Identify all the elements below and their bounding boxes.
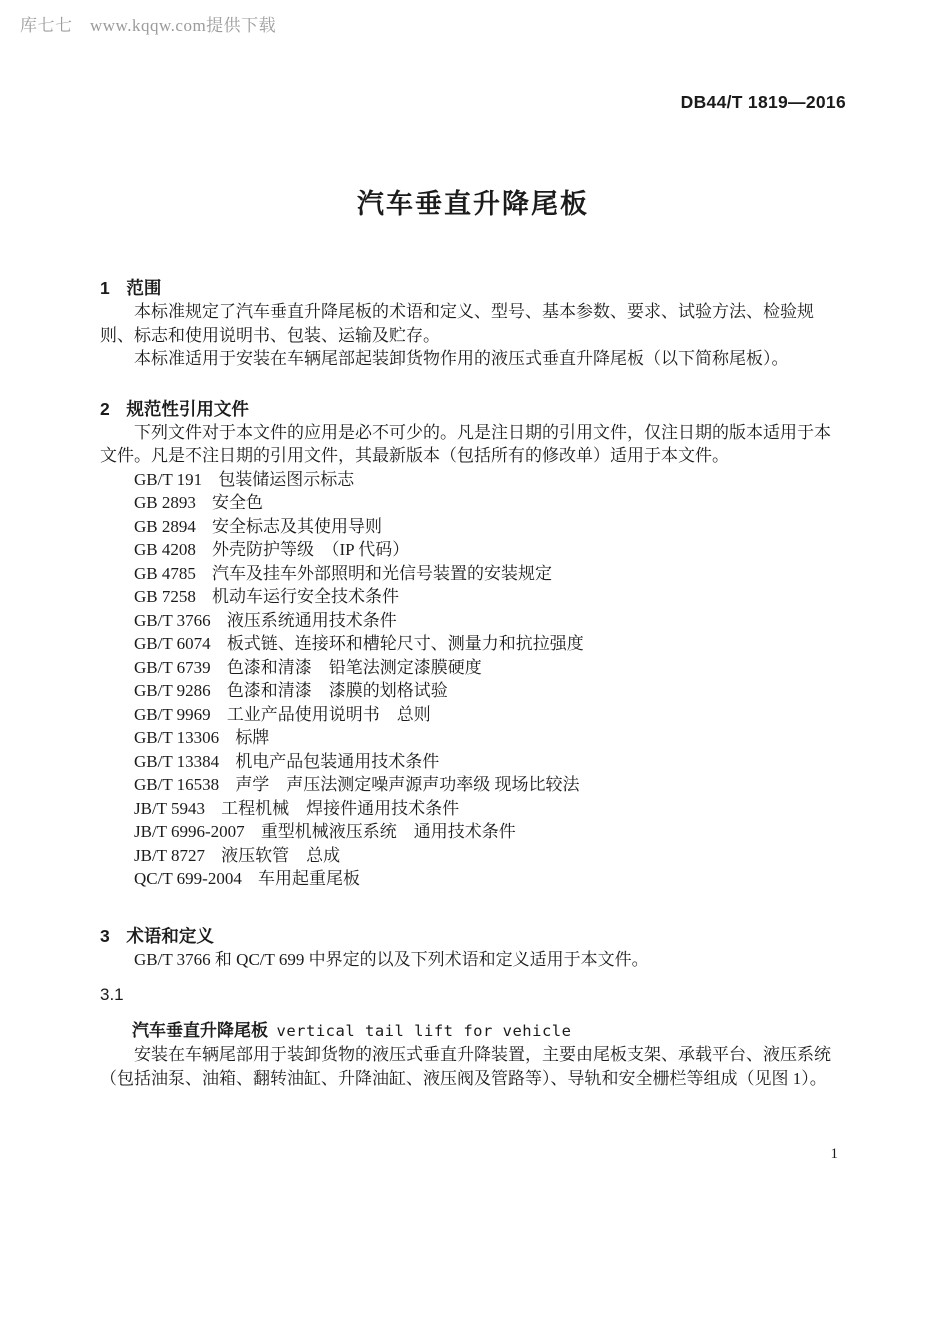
reference-item: GB/T 16538声学 声压法测定噪声源声功率级 现场比较法 bbox=[100, 773, 846, 797]
reference-code: GB 2894 bbox=[134, 517, 196, 536]
section-1-number: 1 bbox=[100, 278, 110, 298]
reference-title: 机动车运行安全技术条件 bbox=[212, 587, 399, 606]
section-2-title: 规范性引用文件 bbox=[126, 399, 249, 419]
reference-code: JB/T 8727 bbox=[134, 846, 205, 865]
reference-item: JB/T 8727液压软管 总成 bbox=[100, 844, 846, 868]
reference-title: 色漆和清漆 铅笔法测定漆膜硬度 bbox=[227, 658, 482, 677]
reference-code: GB 4785 bbox=[134, 564, 196, 583]
section-1-paragraph-1: 本标准规定了汽车垂直升降尾板的术语和定义、型号、基本参数、要求、试验方法、检验规… bbox=[100, 300, 846, 347]
reference-title: 标牌 bbox=[235, 728, 269, 747]
reference-item: GB/T 191包装储运图示标志 bbox=[100, 468, 846, 492]
reference-title: 声学 声压法测定噪声源声功率级 现场比较法 bbox=[235, 775, 579, 794]
reference-code: GB/T 191 bbox=[134, 470, 202, 489]
reference-item: GB/T 3766液压系统通用技术条件 bbox=[100, 609, 846, 633]
reference-code: GB 7258 bbox=[134, 587, 196, 606]
reference-title: 汽车及挂车外部照明和光信号装置的安装规定 bbox=[212, 564, 552, 583]
reference-item: GB 2894安全标志及其使用导则 bbox=[100, 515, 846, 539]
reference-code: QC/T 699-2004 bbox=[134, 869, 242, 888]
reference-title: 板式链、连接环和槽轮尺寸、测量力和抗拉强度 bbox=[227, 634, 584, 653]
reference-item: JB/T 6996-2007重型机械液压系统 通用技术条件 bbox=[100, 820, 846, 844]
term-english: vertical tail lift for vehicle bbox=[277, 1022, 572, 1040]
reference-title: 工程机械 焊接件通用技术条件 bbox=[221, 799, 459, 818]
reference-code: GB/T 13384 bbox=[134, 752, 219, 771]
section-2-number: 2 bbox=[100, 399, 110, 419]
reference-title: 外壳防护等级 （IP 代码） bbox=[212, 540, 409, 559]
reference-item: GB/T 9286色漆和清漆 漆膜的划格试验 bbox=[100, 679, 846, 703]
term-entry: 汽车垂直升降尾板vertical tail lift for vehicle bbox=[100, 1019, 846, 1044]
section-1-heading: 1范围 bbox=[100, 277, 846, 300]
reference-title: 重型机械液压系统 通用技术条件 bbox=[261, 822, 516, 841]
reference-code: GB/T 9969 bbox=[134, 705, 211, 724]
section-3-number: 3 bbox=[100, 926, 110, 946]
document-page: DB44/T 1819—2016 汽车垂直升降尾板 1范围 本标准规定了汽车垂直… bbox=[0, 0, 950, 1164]
reference-item: QC/T 699-2004车用起重尾板 bbox=[100, 867, 846, 891]
reference-item: JB/T 5943工程机械 焊接件通用技术条件 bbox=[100, 797, 846, 821]
reference-title: 色漆和清漆 漆膜的划格试验 bbox=[227, 681, 448, 700]
reference-item: GB 2893安全色 bbox=[100, 491, 846, 515]
page-number: 1 bbox=[100, 1144, 846, 1164]
term-chinese: 汽车垂直升降尾板 bbox=[132, 1021, 268, 1040]
reference-code: GB/T 6074 bbox=[134, 634, 211, 653]
reference-item: GB 4208外壳防护等级 （IP 代码） bbox=[100, 538, 846, 562]
section-2-intro: 下列文件对于本文件的应用是必不可少的。凡是注日期的引用文件，仅注日期的版本适用于… bbox=[100, 421, 846, 468]
reference-code: GB 4208 bbox=[134, 540, 196, 559]
reference-item: GB/T 9969工业产品使用说明书 总则 bbox=[100, 703, 846, 727]
section-2-heading: 2规范性引用文件 bbox=[100, 398, 846, 421]
reference-title: 机电产品包装通用技术条件 bbox=[235, 752, 439, 771]
reference-code: GB/T 9286 bbox=[134, 681, 211, 700]
reference-item: GB/T 6074板式链、连接环和槽轮尺寸、测量力和抗拉强度 bbox=[100, 632, 846, 656]
term-definition: 安装在车辆尾部用于装卸货物的液压式垂直升降装置，主要由尾板支架、承载平台、液压系… bbox=[100, 1043, 846, 1090]
watermark-text: 库七七 www.kqqw.com提供下载 bbox=[20, 11, 276, 36]
reference-code: JB/T 6996-2007 bbox=[134, 822, 245, 841]
reference-code: GB 2893 bbox=[134, 493, 196, 512]
reference-title: 工业产品使用说明书 总则 bbox=[227, 705, 431, 724]
reference-code: GB/T 13306 bbox=[134, 728, 219, 747]
section-3-title: 术语和定义 bbox=[126, 926, 214, 946]
section-3-heading: 3术语和定义 bbox=[100, 925, 846, 948]
reference-code: GB/T 16538 bbox=[134, 775, 219, 794]
reference-list: GB/T 191包装储运图示标志 GB 2893安全色 GB 2894安全标志及… bbox=[100, 468, 846, 891]
reference-item: GB/T 6739色漆和清漆 铅笔法测定漆膜硬度 bbox=[100, 656, 846, 680]
reference-title: 车用起重尾板 bbox=[258, 869, 360, 888]
section-3-intro: GB/T 3766 和 QC/T 699 中界定的以及下列术语和定义适用于本文件… bbox=[100, 948, 846, 972]
reference-code: GB/T 6739 bbox=[134, 658, 211, 677]
section-1-title: 范围 bbox=[126, 278, 161, 298]
reference-title: 液压软管 总成 bbox=[221, 846, 340, 865]
page-title: 汽车垂直升降尾板 bbox=[100, 187, 846, 221]
term-clause-number: 3.1 bbox=[100, 983, 846, 1007]
reference-code: JB/T 5943 bbox=[134, 799, 205, 818]
reference-code: GB/T 3766 bbox=[134, 611, 211, 630]
reference-item: GB/T 13384机电产品包装通用技术条件 bbox=[100, 750, 846, 774]
reference-title: 包装储运图示标志 bbox=[218, 470, 354, 489]
reference-title: 安全色 bbox=[212, 493, 263, 512]
reference-title: 安全标志及其使用导则 bbox=[212, 517, 382, 536]
reference-title: 液压系统通用技术条件 bbox=[227, 611, 397, 630]
reference-item: GB 7258机动车运行安全技术条件 bbox=[100, 585, 846, 609]
section-1-paragraph-2: 本标准适用于安装在车辆尾部起装卸货物作用的液压式垂直升降尾板（以下简称尾板）。 bbox=[100, 347, 846, 371]
reference-item: GB 4785汽车及挂车外部照明和光信号装置的安装规定 bbox=[100, 562, 846, 586]
reference-item: GB/T 13306标牌 bbox=[100, 726, 846, 750]
